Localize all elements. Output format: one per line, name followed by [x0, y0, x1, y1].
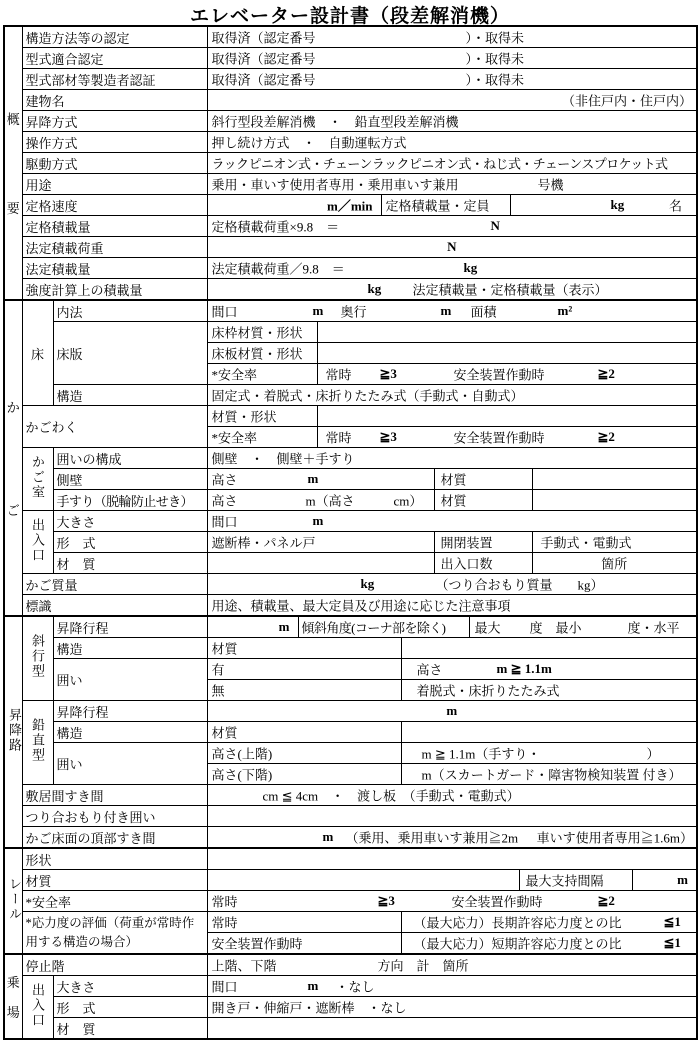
value-cell: 間口 m — [207, 511, 697, 532]
row-label: 強度計算上の積載量 — [22, 279, 207, 301]
value-cell: kg 法定積載量・定格積載量（表示） — [207, 279, 697, 301]
row-label: 型式適合認定 — [22, 48, 207, 69]
value-cell: 床板材質・形状 — [207, 343, 697, 364]
row-label: 法定積載量 — [22, 258, 207, 279]
value-cell: 高さ m 材質 — [207, 469, 697, 490]
value-cell: 側壁 ・ 側壁＋手すり — [207, 448, 697, 469]
row-label: 材 質 — [53, 1018, 207, 1040]
value-part: 取得済（認定番号 — [212, 28, 316, 47]
value-cell: m （乗用、乗用車いす兼用≧2m 車いす使用者専用≧1.6m） — [207, 827, 697, 849]
value-cell: 定格積載荷重×9.8 ＝ N — [207, 216, 697, 237]
section-label-landing: 乗 場 — [4, 954, 22, 1039]
value-cell — [207, 1018, 697, 1040]
row-label: 形状 — [22, 848, 207, 870]
value-cell: 無 着脱式・床折りたたみ式 — [207, 680, 697, 701]
row-label: 内法 — [53, 300, 207, 322]
section-label-hoistway: 昇降路 — [4, 616, 22, 848]
value-cell: 固定式・着脱式・床折りたたみ式（手動式・自動式） — [207, 385, 697, 406]
subgroup-label-landing-entrance: 出入口 — [22, 976, 53, 1040]
row-label: *応力度の評価（荷重が常時作用する構造の場合） — [22, 912, 207, 955]
row-label: 型式部材等製造者認証 — [22, 69, 207, 90]
value-cell: 斜行型段差解消機 ・ 鉛直型段差解消機 — [207, 111, 697, 132]
row-label: かごわく — [22, 406, 207, 448]
row-label: かご床面の頂部すき間 — [22, 827, 207, 849]
section-label-rail: レール — [4, 848, 22, 954]
section-label-car: か ご — [4, 300, 22, 616]
row-label: 法定積載荷重 — [22, 237, 207, 258]
subgroup-label-vertical: 鉛直型 — [22, 701, 53, 785]
value-cell — [207, 806, 697, 827]
row-label: つり合おもり付き囲い — [22, 806, 207, 827]
row-label: *安全率 — [22, 891, 207, 912]
value-cell: 乗用・車いす使用者専用・乗用車いす兼用 号機 — [207, 174, 697, 195]
value-cell — [207, 848, 697, 870]
row-label: 形 式 — [53, 997, 207, 1018]
value-cell: 用途、積載量、最大定員及び用途に応じた注意事項 — [207, 595, 697, 617]
value-cell: 間口 m ・なし — [207, 976, 697, 997]
row-label: 建物名 — [22, 90, 207, 111]
value-cell: N — [207, 237, 697, 258]
value-cell: 材質・形状 — [207, 406, 697, 427]
subgroup-label-floor-plate: 床版 — [53, 322, 207, 385]
row-label: 定格速度 — [22, 195, 207, 216]
value-cell: *安全率 常時 ≧3 安全装置作動時 ≧2 — [207, 364, 697, 385]
row-label: 停止階 — [22, 954, 207, 976]
row-label: 昇降行程 — [53, 616, 207, 638]
subgroup-label-car-room: かご室 — [22, 448, 53, 511]
row-label: 構造方法等の認定 — [22, 26, 207, 48]
subgroup-label-floor: 床 — [22, 300, 53, 406]
value-cell: 出入口数 箇所 — [207, 553, 697, 574]
value-cell: 有 高さ m ≧ 1.1m — [207, 659, 697, 680]
row-label: 側壁 — [53, 469, 207, 490]
row-label: 手すり（脱輪防止せき） — [53, 490, 207, 511]
row-label: 構造 — [53, 385, 207, 406]
value-cell: *安全率 常時 ≧3 安全装置作動時 ≧2 — [207, 427, 697, 448]
value-cell: 取得済（認定番号 ）・取得未 — [207, 48, 697, 69]
row-label: かご質量 — [22, 574, 207, 595]
value-cell: 取得済（認定番号 ）・取得未 — [207, 69, 697, 90]
row-label: 昇降方式 — [22, 111, 207, 132]
value-cell: 高さ m（高さ cm） 材質 — [207, 490, 697, 511]
value-cell: 材質 — [207, 722, 697, 743]
value-cell: 常時 ≧3 安全装置作動時 ≧2 — [207, 891, 697, 912]
section-label-overview: 概 要 — [4, 26, 22, 300]
value-cell: kg （つり合おもり質量 kg） — [207, 574, 697, 595]
value-cell: 取得済（認定番号 ）・取得未 — [207, 26, 697, 48]
value-cell: 押し続け方式 ・ 自動運転方式 — [207, 132, 697, 153]
row-label: 材質 — [22, 870, 207, 891]
row-label: 構造 — [53, 638, 207, 659]
value-cell: m／min 定格積載量・定員 kg 名 — [207, 195, 697, 216]
row-label: 定格積載量 — [22, 216, 207, 237]
row-label: 敷居間すき間 — [22, 785, 207, 806]
value-cell: 法定積載荷重／9.8 ＝ kg — [207, 258, 697, 279]
value-cell: 高さ(下階) m（スカートガード・障害物検知装置 付き） — [207, 764, 697, 785]
row-label: 標識 — [22, 595, 207, 617]
value-cell: 間口 m 奥行 m 面積 m² — [207, 300, 697, 322]
page-title: エレベーター設計書（段差解消機） — [0, 0, 700, 25]
value-cell: 遮断棒・パネル戸 開閉装置 手動式・電動式 — [207, 532, 697, 553]
row-label: 昇降行程 — [53, 701, 207, 722]
row-label: 囲い — [53, 743, 207, 785]
row-label: 用途 — [22, 174, 207, 195]
value-cell: 材質 — [207, 638, 697, 659]
row-label: 駆動方式 — [22, 153, 207, 174]
value-cell: 常時 （最大応力）長期許容応力度との比 ≦1 — [207, 912, 697, 933]
subgroup-label-car-entrance: 出入口 — [22, 511, 53, 574]
row-label: 囲いの構成 — [53, 448, 207, 469]
row-label: 構造 — [53, 722, 207, 743]
value-cell: （非住戸内・住戸内） — [207, 90, 697, 111]
row-label: 大きさ — [53, 511, 207, 532]
row-label: 形 式 — [53, 532, 207, 553]
value-cell: cm ≦ 4cm ・ 渡し板 （手動式・電動式） — [207, 785, 697, 806]
value-cell: ラックピニオン式・チェーンラックピニオン式・ねじ式・チェーンスプロケット式 — [207, 153, 697, 174]
value-cell: 最大支持間隔 m — [207, 870, 697, 891]
design-form-table: 概 要 構造方法等の認定 取得済（認定番号 ）・取得未 型式適合認定 取得済（認… — [3, 25, 698, 1040]
value-cell: m 傾斜角度(コーナ部を除く) 最大 度 最小 度・水平 — [207, 616, 697, 638]
value-cell: 安全装置作動時 （最大応力）短期許容応力度との比 ≦1 — [207, 933, 697, 955]
subgroup-label-inclined: 斜行型 — [22, 616, 53, 701]
row-label: 材 質 — [53, 553, 207, 574]
value-cell: m — [207, 701, 697, 722]
value-cell: 上階、下階 方向 計 箇所 — [207, 954, 697, 976]
value-cell: 高さ(上階) m ≧ 1.1m（手すり・ ） — [207, 743, 697, 764]
row-label: 操作方式 — [22, 132, 207, 153]
row-label: 大きさ — [53, 976, 207, 997]
value-cell: 開き戸・伸縮戸・遮断棒 ・なし — [207, 997, 697, 1018]
value-part: ）・取得未 — [466, 28, 525, 47]
row-label: 囲い — [53, 659, 207, 701]
value-cell: 床枠材質・形状 — [207, 322, 697, 343]
